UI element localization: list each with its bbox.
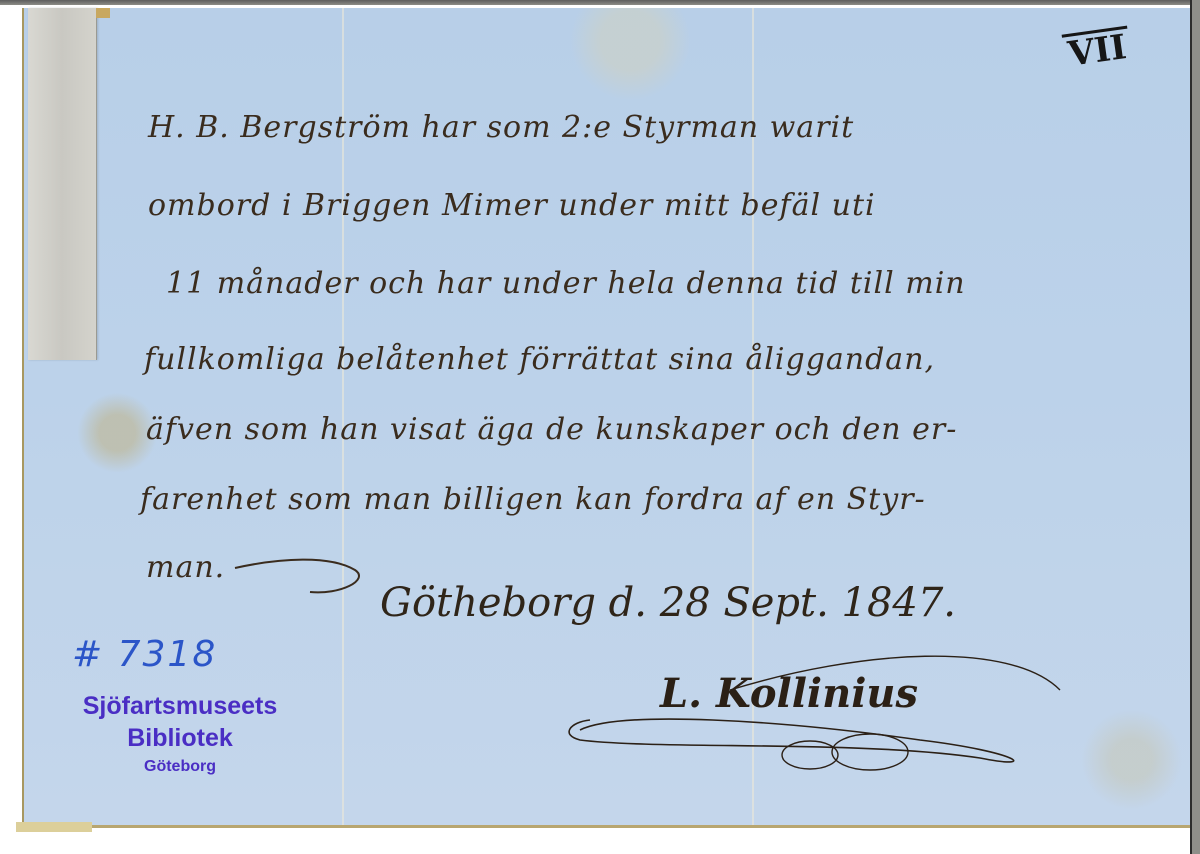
- page-number: VII: [1062, 26, 1133, 74]
- stamp-line-library: Bibliotek: [60, 722, 300, 754]
- stamp-line-city: Göteborg: [60, 754, 300, 780]
- library-stamp: Sjöfartsmuseets Bibliotek Göteborg: [60, 690, 300, 780]
- archival-tape-strip: [28, 8, 97, 360]
- letter-line: äfven som han visat äga de kunskaper och…: [146, 412, 957, 447]
- stamp-line-museum: Sjöfartsmuseets: [60, 690, 300, 722]
- letter-line: 11 månader och har under hela denna tid …: [166, 266, 966, 301]
- paper-edge-stain: [16, 822, 92, 832]
- catalog-number: # 7318: [72, 634, 217, 675]
- dateline: Götheborg d. 28 Sept. 1847.: [380, 580, 956, 626]
- scan-right-frame: [1190, 0, 1200, 854]
- end-flourish-icon: [230, 540, 370, 600]
- letter-line: farenhet som man billigen kan fordra af …: [140, 482, 926, 517]
- letter-line: H. B. Bergström har som 2:e Styrman wari…: [148, 110, 854, 145]
- letter-line: fullkomliga belåtenhet förrättat sina ål…: [144, 342, 935, 377]
- letter-line: ombord i Briggen Mimer under mitt befäl …: [148, 188, 876, 223]
- signature: L. Kollinius: [660, 670, 918, 717]
- tape-corner-stain: [96, 8, 110, 18]
- scan-top-frame: [0, 0, 1200, 5]
- letter-line: man.: [146, 550, 225, 585]
